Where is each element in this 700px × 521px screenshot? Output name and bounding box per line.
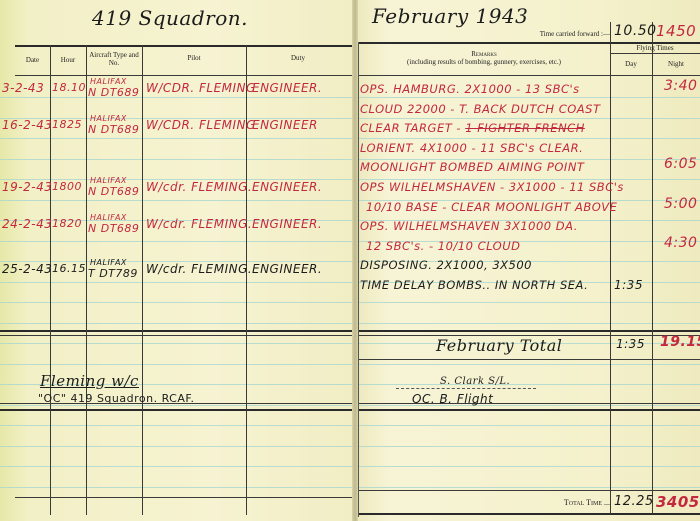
night-time: 5:00 xyxy=(664,196,697,212)
entry-pilot: W/cdr. FLEMING. xyxy=(146,262,252,276)
total-time-top-rule xyxy=(358,490,700,491)
remark-line: OPS. WILHELMSHAVEN 3X1000 DA. xyxy=(360,219,578,233)
flying-times-rule xyxy=(610,53,700,54)
ruled-line xyxy=(0,405,352,406)
remarks-subheader: (including results of bombing, gunnery, … xyxy=(358,58,610,66)
day-header: Day xyxy=(610,60,652,68)
remarks-header: Remarks xyxy=(358,50,610,58)
remark-line: OPS WILHELMSHAVEN - 3X1000 - 11 SBC's xyxy=(360,180,624,194)
remark-line: DISPOSING. 2X1000, 3X500 xyxy=(360,258,532,272)
entry-aircraft-type: HALIFAX xyxy=(90,213,127,222)
ruled-line xyxy=(358,405,700,406)
signature-rule-top-right xyxy=(358,403,700,404)
total-time-night: 3405 xyxy=(656,493,700,511)
ruled-line xyxy=(0,138,352,139)
remark-text: DISPOSING. 2X1000, 3X500 xyxy=(360,258,532,272)
remark-line: LORIENT. 4X1000 - 11 SBC's CLEAR. xyxy=(360,141,583,155)
remark-line: 12 SBC's. - 10/10 CLOUD xyxy=(366,239,520,253)
ruled-line xyxy=(0,323,352,324)
header-top-rule xyxy=(15,45,352,47)
right-margin-line xyxy=(358,42,359,517)
entry-aircraft-no: N DT689 xyxy=(88,222,139,235)
total-time-day: 12.25 xyxy=(614,494,654,509)
flight-commander-caption: OC. B. Flight xyxy=(412,392,493,406)
remark-text: MOONLIGHT BOMBED AIMING POINT xyxy=(360,160,584,174)
ruled-line xyxy=(358,118,700,119)
ruled-line xyxy=(0,343,352,344)
ruled-line xyxy=(358,97,700,98)
commander-signature: Fleming w/c xyxy=(40,372,139,390)
ruled-line xyxy=(358,364,700,365)
remark-line: 10/10 BASE - CLEAR MOONLIGHT ABOVE xyxy=(366,200,617,214)
remark-line: CLOUD 22000 - T. BACK DUTCH COAST xyxy=(360,102,600,116)
remark-text: LORIENT. 4X1000 - 11 SBC's CLEAR. xyxy=(360,141,583,155)
entry-aircraft-no: N DT689 xyxy=(88,86,139,99)
month-total-label: February Total xyxy=(436,336,562,355)
ruled-line xyxy=(0,97,352,98)
entry-aircraft-type: HALIFAX xyxy=(90,114,127,123)
signature-rule-bottom-left xyxy=(0,409,352,411)
ruled-line xyxy=(0,446,352,447)
ruled-line xyxy=(358,466,700,467)
month-total-day: 1:35 xyxy=(616,337,645,351)
month-total-night: 19.15 xyxy=(660,334,700,350)
entry-hour: 1825 xyxy=(52,118,82,131)
entry-date: 3-2-43 xyxy=(2,81,44,95)
entry-aircraft-type: HALIFAX xyxy=(90,258,127,267)
ruled-line xyxy=(0,302,352,303)
header-pilot: Pilot xyxy=(142,54,246,62)
entry-aircraft-type: HALIFAX xyxy=(90,176,127,185)
flying-times-header: Flying Times xyxy=(610,44,700,52)
ruled-line xyxy=(0,200,352,201)
night-time: 6:05 xyxy=(664,156,697,172)
entry-date: 19-2-43 xyxy=(2,180,52,194)
entry-duty: ENGINEER. xyxy=(252,217,322,231)
commander-caption: "OC" 419 Squadron. RCAF. xyxy=(38,392,194,405)
entry-hour: 16.15 xyxy=(52,262,86,275)
entry-date: 25-2-43 xyxy=(2,262,52,276)
entry-aircraft-no: T DT789 xyxy=(88,267,138,280)
remark-line: TIME DELAY BOMBS.. IN NORTH SEA. xyxy=(360,278,588,292)
carried-forward-label: Time carried forward :— xyxy=(510,30,610,38)
ruled-line xyxy=(358,384,700,385)
col-divider-hour xyxy=(86,45,87,515)
entry-pilot: W/CDR. FLEMING xyxy=(146,118,256,132)
total-rule-top-left xyxy=(0,330,352,332)
remark-text: 10/10 BASE - CLEAR MOONLIGHT ABOVE xyxy=(366,200,617,214)
ruled-line xyxy=(358,302,700,303)
ruled-line xyxy=(358,323,700,324)
entry-duty: ENGINEER. xyxy=(252,81,322,95)
month-total-bottom-rule xyxy=(358,359,700,360)
carried-forward-night: 1450 xyxy=(656,22,696,40)
total-rule-bottom-left xyxy=(0,335,352,336)
col-divider-aircraft xyxy=(142,45,143,515)
entry-pilot: W/cdr. FLEMING. xyxy=(146,217,252,231)
total-time-label: Total Time ... xyxy=(520,499,610,507)
flight-commander-signature: S. Clark S/L. xyxy=(440,376,510,387)
entry-hour: 1820 xyxy=(52,217,82,230)
entry-aircraft-no: N DT689 xyxy=(88,123,139,136)
header-duty: Duty xyxy=(246,54,350,62)
remark-text: CLOUD 22000 - T. BACK DUTCH COAST xyxy=(360,102,600,116)
ruled-line xyxy=(358,446,700,447)
remark-line: CLEAR TARGET - 1 FIGHTER FRENCH xyxy=(360,121,585,135)
ruled-line xyxy=(358,487,700,488)
ruled-line xyxy=(0,364,352,365)
ruled-line xyxy=(0,241,352,242)
header-aircraft: Aircraft Type and No. xyxy=(88,51,140,67)
entry-date: 24-2-43 xyxy=(2,217,52,231)
entry-aircraft-no: N DT689 xyxy=(88,185,139,198)
ruled-line xyxy=(0,487,352,488)
squadron-heading: 419 Squadron. xyxy=(92,6,248,30)
day-time: 1:35 xyxy=(614,278,643,292)
entry-duty: ENGINEER. xyxy=(252,262,322,276)
remark-text: OPS WILHELMSHAVEN - 3X1000 - 11 SBC's xyxy=(360,180,624,194)
entry-duty: ENGINEER. xyxy=(252,180,322,194)
entry-pilot: W/CDR. FLEMING xyxy=(146,81,256,95)
col-divider-pilot xyxy=(246,45,247,515)
ruled-line xyxy=(358,138,700,139)
ruled-line xyxy=(0,159,352,160)
ruled-line xyxy=(0,282,352,283)
col-divider-date xyxy=(50,45,51,515)
remark-text: CLEAR TARGET - xyxy=(360,121,465,135)
remark-line: MOONLIGHT BOMBED AIMING POINT xyxy=(360,160,584,174)
carried-forward-day: 10.50 xyxy=(614,23,657,39)
remark-text: OPS. HAMBURG. 2X1000 - 13 SBC's xyxy=(360,82,580,96)
total-time-bottom-rule xyxy=(358,513,700,515)
struck-remark-text: 1 FIGHTER FRENCH xyxy=(465,121,585,135)
entry-pilot: W/cdr. FLEMING. xyxy=(146,180,252,194)
entry-hour: 18.10 xyxy=(52,81,86,94)
month-heading: February 1943 xyxy=(372,4,528,28)
header-bottom-rule xyxy=(15,75,352,76)
remark-text: TIME DELAY BOMBS.. IN NORTH SEA. xyxy=(360,278,588,292)
header-bottom-rule-right xyxy=(358,75,700,76)
book-spine xyxy=(352,0,358,521)
total-rule-top-right xyxy=(358,330,700,332)
header-hour: Hour xyxy=(50,56,86,64)
signature-rule-bottom-right xyxy=(358,409,700,411)
ruled-line xyxy=(358,425,700,426)
entry-date: 16-2-43 xyxy=(2,118,52,132)
remark-text: OPS. WILHELMSHAVEN 3X1000 DA. xyxy=(360,219,578,233)
remark-line: OPS. HAMBURG. 2X1000 - 13 SBC's xyxy=(360,82,580,96)
night-time: 3:40 xyxy=(664,78,697,94)
footer-rule-left xyxy=(15,497,352,498)
entry-hour: 1800 xyxy=(52,180,82,193)
remark-text: 12 SBC's. - 10/10 CLOUD xyxy=(366,239,520,253)
header-date: Date xyxy=(15,56,50,64)
ruled-line xyxy=(0,466,352,467)
signature-dash-line xyxy=(396,388,536,389)
entry-aircraft-type: HALIFAX xyxy=(90,77,127,86)
col-divider-remarks xyxy=(610,22,611,514)
night-time: 4:30 xyxy=(664,235,697,251)
entry-duty: ENGINEER xyxy=(252,118,318,132)
col-divider-day xyxy=(652,22,653,514)
ruled-line xyxy=(0,425,352,426)
night-header: Night xyxy=(652,60,700,68)
